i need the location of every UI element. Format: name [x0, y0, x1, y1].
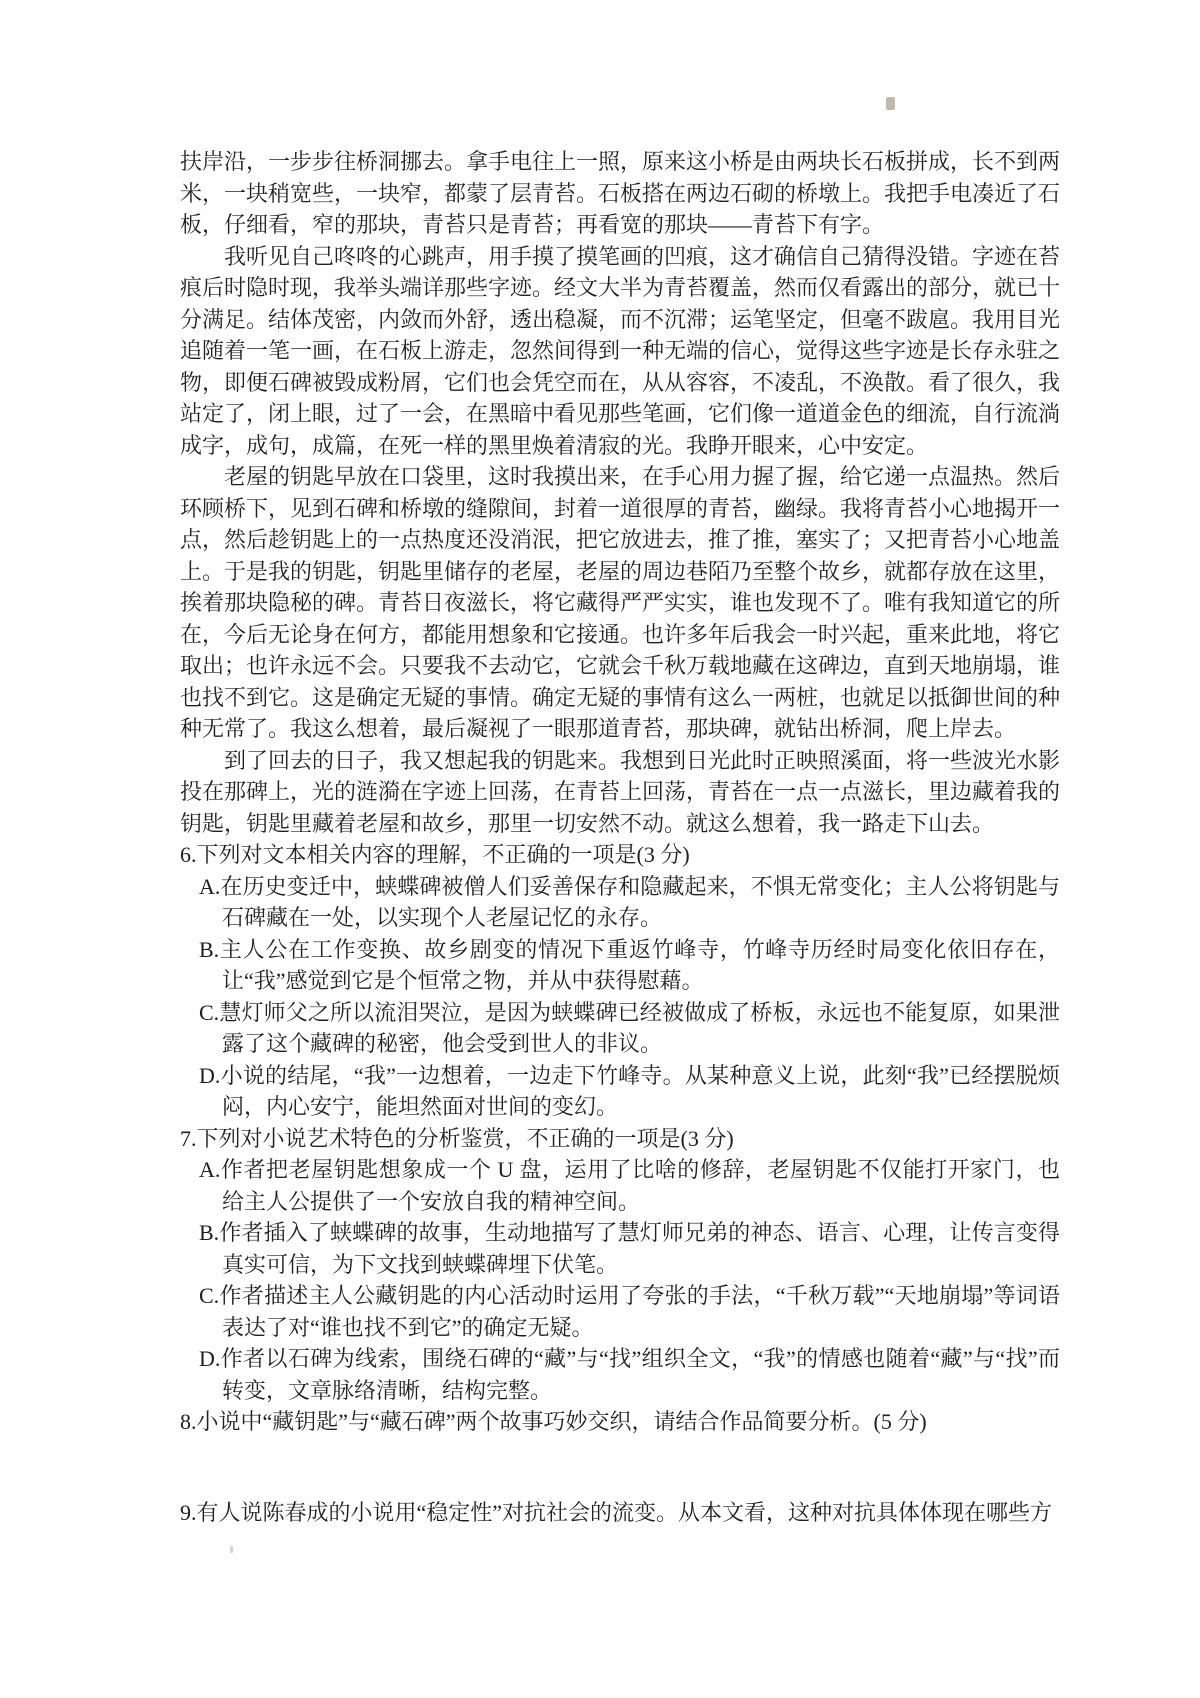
question-7-option-d: D.作者以石碑为线索，围绕石碑的“藏”与“找”组织全文，“我”的情感也随着“藏”… — [180, 1343, 1060, 1406]
option-label: C. — [199, 1283, 219, 1308]
option-text: 小说的结尾，“我”一边想着，一边走下竹峰寺。从某种意义上说，此刻“我”已经摆脱烦… — [220, 1063, 1060, 1120]
question-number: 9. — [180, 1500, 197, 1525]
option-text: 作者把老屋钥匙想象成一个 U 盘，运用了比啥的修辞，老屋钥匙不仅能打开家门，也给… — [220, 1157, 1060, 1214]
question-7-option-b: B.作者插入了蛱蝶碑的故事，生动地描写了慧灯师兄弟的神态、语言、心理，让传言变得… — [180, 1217, 1060, 1280]
option-text: 主人公在工作变换、故乡剧变的情况下重返竹峰寺，竹峰寺历经时局变化依旧存在，让“我… — [219, 937, 1060, 994]
option-text: 在历史变迁中，蛱蝶碑被僧人们妥善保存和隐藏起来，不惧无常变化；主人公将钥匙与石碑… — [220, 874, 1060, 931]
question-stem-text: 有人说陈春成的小说用“稳定性”对抗社会的流变。从本文看，这种对抗具体体现在哪些方 — [197, 1500, 1053, 1525]
question-6-option-d: D.小说的结尾，“我”一边想着，一边走下竹峰寺。从某种意义上说，此刻“我”已经摆… — [180, 1060, 1060, 1123]
question-stem-text: 下列对小说艺术特色的分析鉴赏，不正确的一项是(3 分) — [197, 1126, 734, 1151]
exam-content: 扶岸沿，一步步往桥洞挪去。拿手电往上一照，原来这小桥是由两块长石板拼成，长不到两… — [180, 146, 1060, 1528]
question-6-option-b: B.主人公在工作变换、故乡剧变的情况下重返竹峰寺，竹峰寺历经时局变化依旧存在，让… — [180, 934, 1060, 997]
exam-page: 扶岸沿，一步步往桥洞挪去。拿手电往上一照，原来这小桥是由两块长石板拼成，长不到两… — [0, 0, 1200, 1698]
scan-artifact-dot — [886, 97, 895, 110]
question-number: 6. — [180, 842, 197, 867]
passage-paragraph: 扶岸沿，一步步往桥洞挪去。拿手电往上一照，原来这小桥是由两块长石板拼成，长不到两… — [180, 146, 1060, 241]
option-label: A. — [199, 1157, 220, 1182]
option-label: C. — [199, 1000, 219, 1025]
question-9: 9.有人说陈春成的小说用“稳定性”对抗社会的流变。从本文看，这种对抗具体体现在哪… — [180, 1497, 1060, 1529]
option-text: 慧灯师父之所以流泪哭泣，是因为蛱蝶碑已经被做成了桥板，永远也不能复原，如果泄露了… — [219, 1000, 1060, 1057]
question-stem-text: 小说中“藏钥匙”与“藏石碑”两个故事巧妙交织，请结合作品简要分析。(5 分) — [197, 1409, 927, 1434]
question-number: 7. — [180, 1126, 197, 1151]
scan-artifact-dot — [230, 1546, 233, 1553]
passage-paragraph: 到了回去的日子，我又想起我的钥匙来。我想到日光此时正映照溪面，将一些波光水影投在… — [180, 745, 1060, 840]
option-label: B. — [199, 937, 219, 962]
question-8-stem: 8.小说中“藏钥匙”与“藏石碑”两个故事巧妙交织，请结合作品简要分析。(5 分) — [180, 1406, 1060, 1438]
option-label: D. — [199, 1346, 220, 1371]
option-text: 作者描述主人公藏钥匙的内心活动时运用了夸张的手法，“千秋万载”“天地崩塌”等词语… — [219, 1283, 1060, 1340]
question-8: 8.小说中“藏钥匙”与“藏石碑”两个故事巧妙交织，请结合作品简要分析。(5 分) — [180, 1406, 1060, 1438]
option-label: B. — [199, 1220, 219, 1245]
question-7: 7.下列对小说艺术特色的分析鉴赏，不正确的一项是(3 分) A.作者把老屋钥匙想… — [180, 1123, 1060, 1407]
question-7-option-a: A.作者把老屋钥匙想象成一个 U 盘，运用了比啥的修辞，老屋钥匙不仅能打开家门，… — [180, 1154, 1060, 1217]
passage-paragraph: 我听见自己咚咚的心跳声，用手摸了摸笔画的凹痕，这才确信自己猜得没错。字迹在苔痕后… — [180, 241, 1060, 462]
question-6-stem: 6.下列对文本相关内容的理解，不正确的一项是(3 分) — [180, 839, 1060, 871]
question-number: 8. — [180, 1409, 197, 1434]
question-6-option-c: C.慧灯师父之所以流泪哭泣，是因为蛱蝶碑已经被做成了桥板，永远也不能复原，如果泄… — [180, 997, 1060, 1060]
reading-passage: 扶岸沿，一步步往桥洞挪去。拿手电往上一照，原来这小桥是由两块长石板拼成，长不到两… — [180, 146, 1060, 839]
option-label: D. — [199, 1063, 220, 1088]
option-label: A. — [199, 874, 220, 899]
option-text: 作者以石碑为线索，围绕石碑的“藏”与“找”组织全文，“我”的情感也随着“藏”与“… — [220, 1346, 1060, 1403]
passage-paragraph: 老屋的钥匙早放在口袋里，这时我摸出来，在手心用力握了握，给它递一点温热。然后环顾… — [180, 461, 1060, 745]
question-7-option-c: C.作者描述主人公藏钥匙的内心活动时运用了夸张的手法，“千秋万载”“天地崩塌”等… — [180, 1280, 1060, 1343]
question-7-stem: 7.下列对小说艺术特色的分析鉴赏，不正确的一项是(3 分) — [180, 1123, 1060, 1155]
question-6-option-a: A.在历史变迁中，蛱蝶碑被僧人们妥善保存和隐藏起来，不惧无常变化；主人公将钥匙与… — [180, 871, 1060, 934]
option-text: 作者插入了蛱蝶碑的故事，生动地描写了慧灯师兄弟的神态、语言、心理，让传言变得真实… — [219, 1220, 1060, 1277]
question-stem-text: 下列对文本相关内容的理解，不正确的一项是(3 分) — [197, 842, 690, 867]
question-9-stem: 9.有人说陈春成的小说用“稳定性”对抗社会的流变。从本文看，这种对抗具体体现在哪… — [180, 1497, 1060, 1529]
question-6: 6.下列对文本相关内容的理解，不正确的一项是(3 分) A.在历史变迁中，蛱蝶碑… — [180, 839, 1060, 1123]
